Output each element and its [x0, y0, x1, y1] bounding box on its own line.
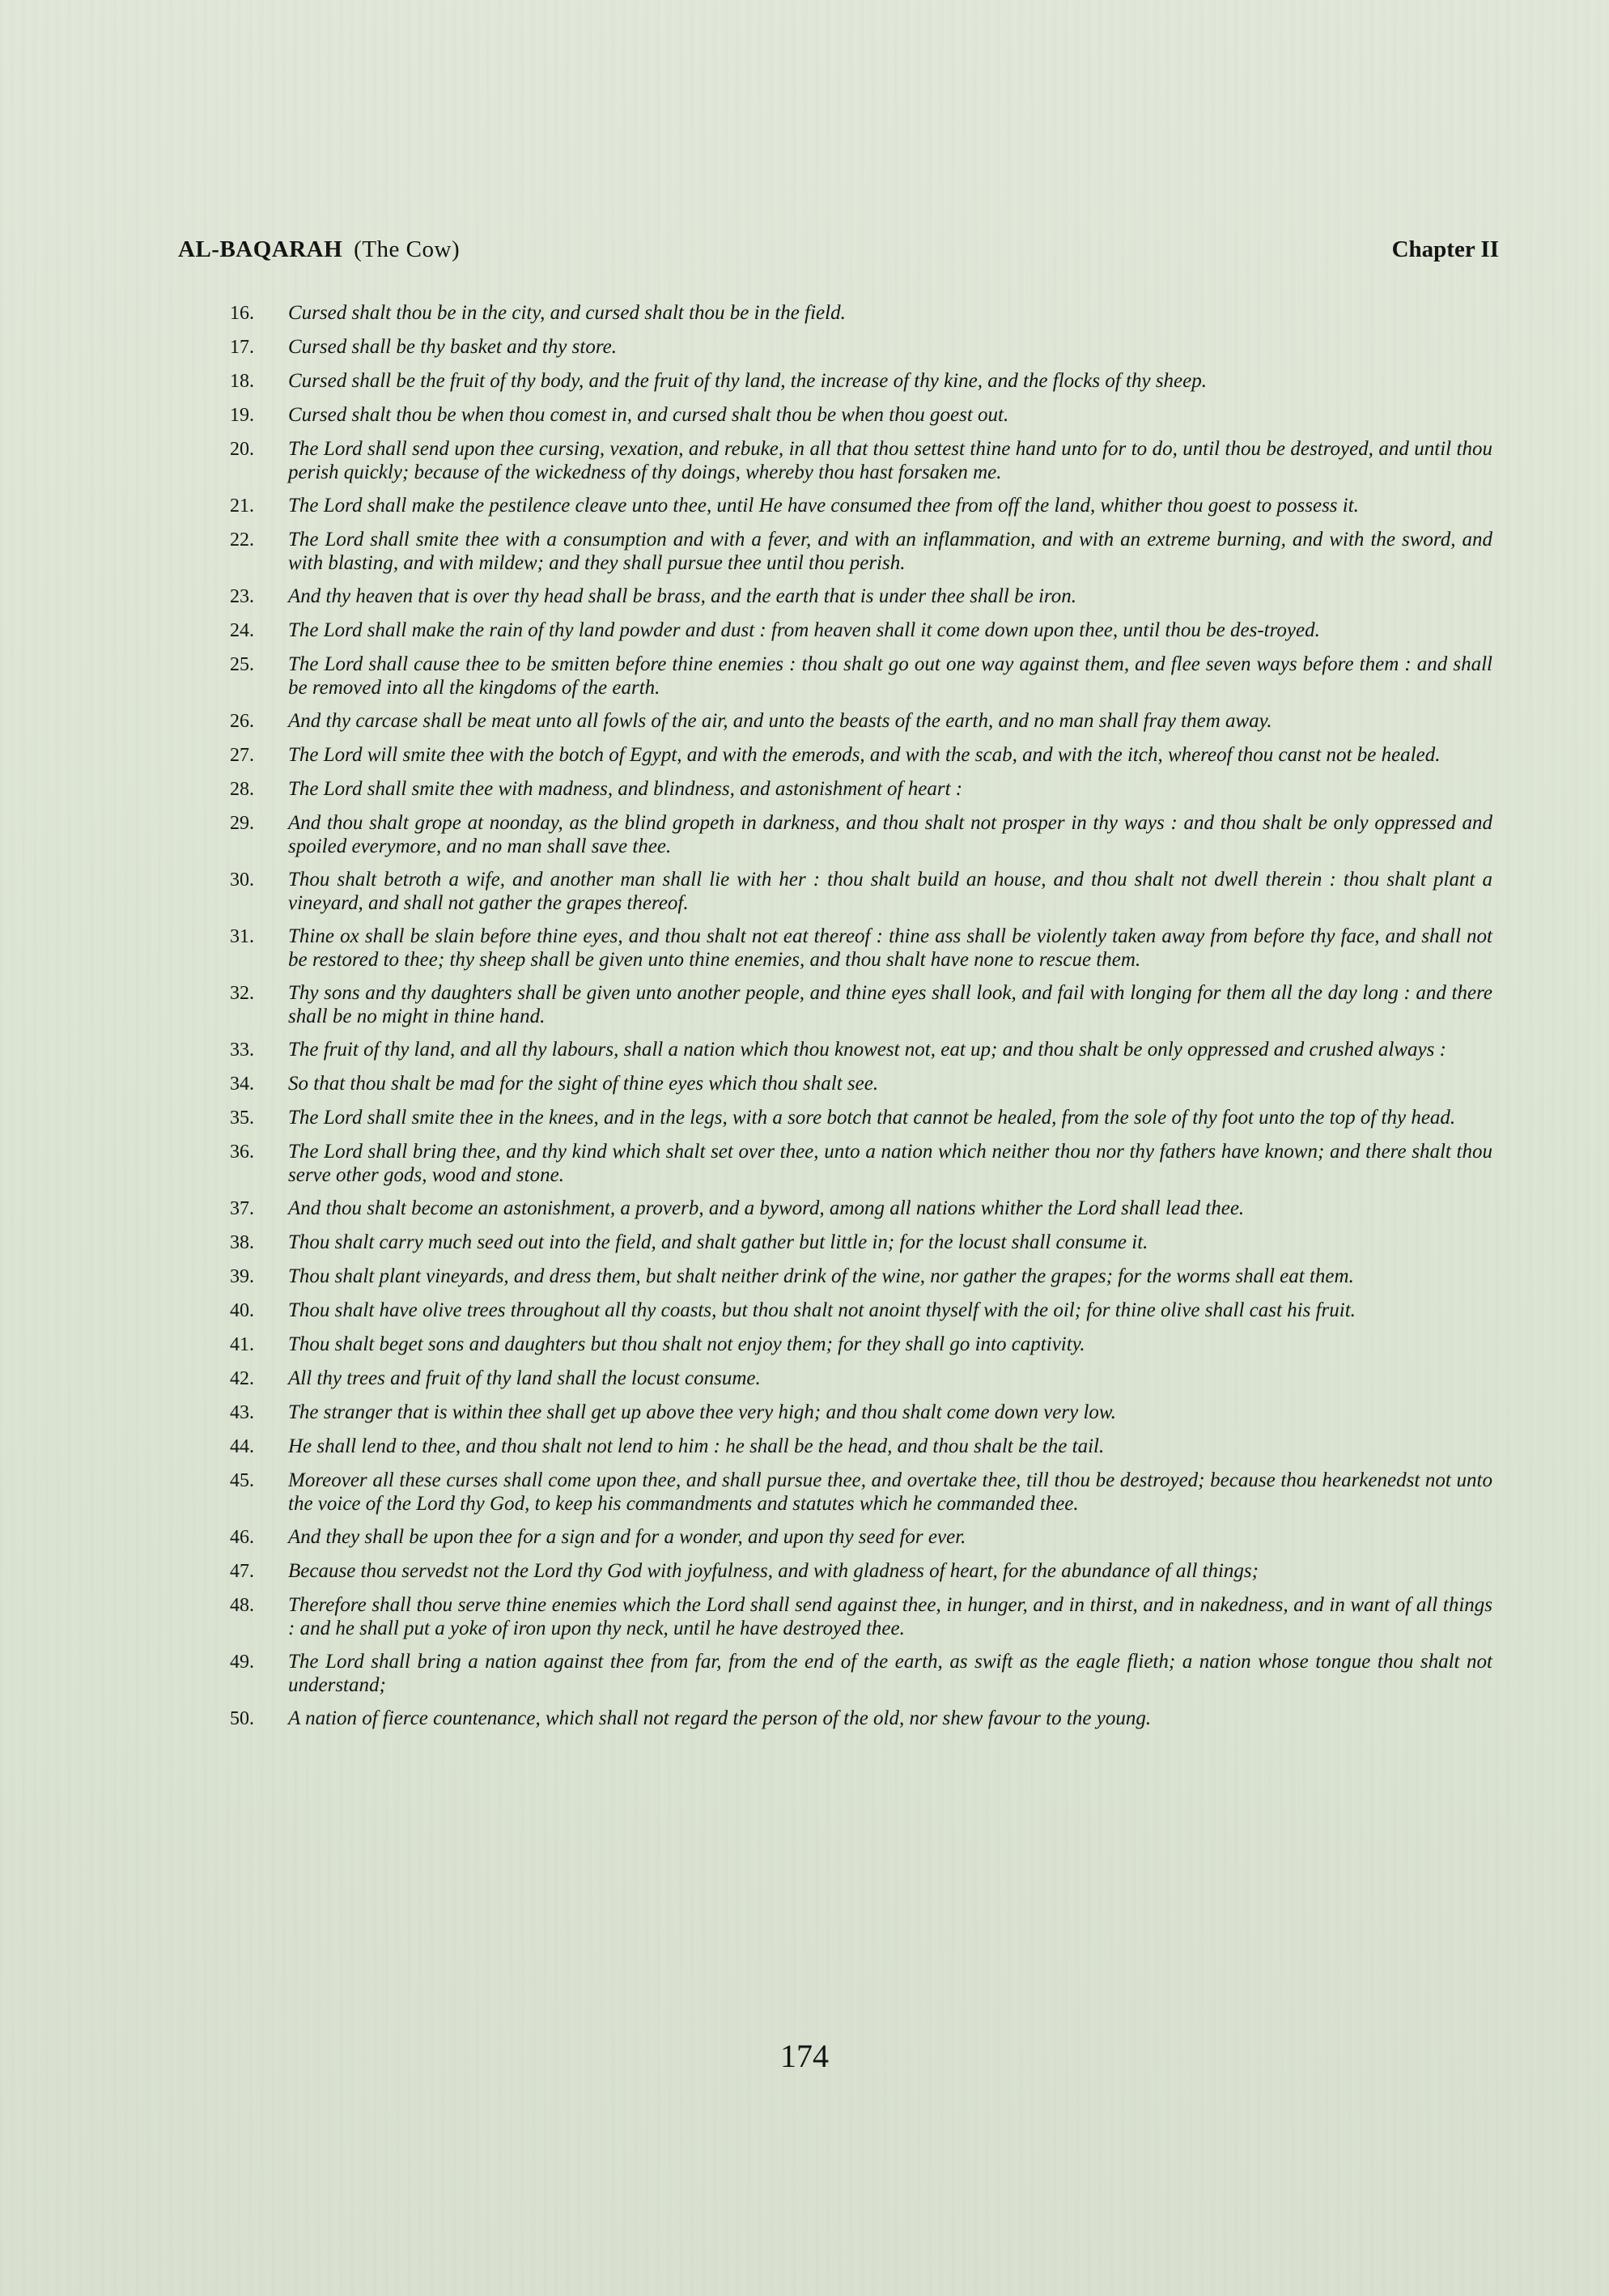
verse-text: Cursed shall be the fruit of thy body, a…	[288, 369, 1492, 393]
verse-text: And they shall be upon thee for a sign a…	[288, 1525, 1492, 1549]
verse-number: 21.	[230, 494, 288, 518]
verse-item: 31.Thine ox shall be slain before thine …	[230, 925, 1492, 972]
verse-number: 48.	[230, 1593, 288, 1618]
verse-text: And thou shalt grope at noonday, as the …	[288, 811, 1492, 858]
verse-item: 27.The Lord will smite thee with the bot…	[230, 743, 1492, 767]
verse-item: 29.And thou shalt grope at noonday, as t…	[230, 811, 1492, 858]
verse-item: 34.So that thou shalt be mad for the sig…	[230, 1072, 1492, 1096]
verse-item: 21.The Lord shall make the pestilence cl…	[230, 494, 1492, 518]
verse-number: 22.	[230, 528, 288, 552]
verse-text: The Lord shall cause thee to be smitten …	[288, 653, 1492, 699]
verse-number: 17.	[230, 335, 288, 359]
verse-item: 18.Cursed shall be the fruit of thy body…	[230, 369, 1492, 393]
verse-text: Thine ox shall be slain before thine eye…	[288, 925, 1492, 972]
verse-text: Thou shalt beget sons and daughters but …	[288, 1333, 1492, 1356]
verse-number: 20.	[230, 437, 288, 461]
verse-number: 47.	[230, 1559, 288, 1584]
verse-text: And thy carcase shall be meat unto all f…	[288, 709, 1492, 733]
verse-item: 47.Because thou servedst not the Lord th…	[230, 1559, 1492, 1584]
verse-item: 50.A nation of fierce countenance, which…	[230, 1707, 1492, 1731]
verse-text: The Lord shall make the rain of thy land…	[288, 619, 1492, 642]
verse-number: 39.	[230, 1265, 288, 1289]
verse-item: 16.Cursed shalt thou be in the city, and…	[230, 301, 1492, 325]
verse-item: 24.The Lord shall make the rain of thy l…	[230, 619, 1492, 643]
verse-item: 48.Therefore shall thou serve thine enem…	[230, 1593, 1492, 1640]
verse-item: 37.And thou shalt become an astonishment…	[230, 1197, 1492, 1221]
verse-number: 26.	[230, 709, 288, 733]
verse-number: 41.	[230, 1333, 288, 1357]
verse-item: 30.Thou shalt betroth a wife, and anothe…	[230, 868, 1492, 915]
verse-number: 31.	[230, 925, 288, 949]
surah-title: AL-BAQARAH(The Cow)	[178, 236, 460, 263]
verse-text: The stranger that is within thee shall g…	[288, 1401, 1492, 1424]
verse-number: 18.	[230, 369, 288, 393]
surah-translation: (The Cow)	[354, 236, 460, 262]
verse-number: 25.	[230, 653, 288, 677]
verse-text: And thy heaven that is over thy head sha…	[288, 585, 1492, 608]
verse-text: The Lord shall smite thee with madness, …	[288, 777, 1492, 801]
chapter-label: Chapter II	[1392, 236, 1499, 263]
verse-number: 42.	[230, 1367, 288, 1391]
verse-item: 35.The Lord shall smite thee in the knee…	[230, 1106, 1492, 1130]
running-head: AL-BAQARAH(The Cow) Chapter II	[178, 236, 1499, 263]
verse-text: Cursed shall be thy basket and thy store…	[288, 335, 1492, 359]
verse-item: 22.The Lord shall smite thee with a cons…	[230, 528, 1492, 575]
verse-text: Cursed shalt thou be in the city, and cu…	[288, 301, 1492, 325]
verse-number: 27.	[230, 743, 288, 767]
verse-text: So that thou shalt be mad for the sight …	[288, 1072, 1492, 1095]
book-page: AL-BAQARAH(The Cow) Chapter II 16.Cursed…	[0, 0, 1609, 2296]
verse-number: 44.	[230, 1435, 288, 1459]
verse-text: The Lord shall smite thee with a consump…	[288, 528, 1492, 575]
verse-item: 26.And thy carcase shall be meat unto al…	[230, 709, 1492, 733]
verse-number: 16.	[230, 301, 288, 325]
verse-number: 36.	[230, 1140, 288, 1164]
verse-item: 36.The Lord shall bring thee, and thy ki…	[230, 1140, 1492, 1187]
verse-item: 43.The stranger that is within thee shal…	[230, 1401, 1492, 1425]
verse-text: Thou shalt plant vineyards, and dress th…	[288, 1265, 1492, 1288]
verse-number: 35.	[230, 1106, 288, 1130]
verse-number: 45.	[230, 1469, 288, 1493]
verse-number: 49.	[230, 1650, 288, 1674]
verse-number: 37.	[230, 1197, 288, 1221]
verse-number: 29.	[230, 811, 288, 835]
verse-text: The Lord shall bring thee, and thy kind …	[288, 1140, 1492, 1187]
verse-number: 32.	[230, 981, 288, 1006]
verse-number: 40.	[230, 1299, 288, 1323]
verse-item: 19.Cursed shalt thou be when thou comest…	[230, 403, 1492, 427]
verse-text: Moreover all these curses shall come upo…	[288, 1469, 1492, 1516]
verse-number: 46.	[230, 1525, 288, 1550]
verse-number: 19.	[230, 403, 288, 427]
verse-item: 46.And they shall be upon thee for a sig…	[230, 1525, 1492, 1550]
verse-item: 39.Thou shalt plant vineyards, and dress…	[230, 1265, 1492, 1289]
verse-item: 40.Thou shalt have olive trees throughou…	[230, 1299, 1492, 1323]
verse-text: Thou shalt carry much seed out into the …	[288, 1231, 1492, 1254]
verse-text: The Lord shall make the pestilence cleav…	[288, 494, 1492, 517]
verse-number: 23.	[230, 585, 288, 609]
verse-item: 28.The Lord shall smite thee with madnes…	[230, 777, 1492, 801]
verse-item: 49.The Lord shall bring a nation against…	[230, 1650, 1492, 1697]
verse-text: The Lord shall send upon thee cursing, v…	[288, 437, 1492, 484]
verse-number: 43.	[230, 1401, 288, 1425]
verse-text: All thy trees and fruit of thy land shal…	[288, 1367, 1492, 1390]
surah-name: AL-BAQARAH	[178, 236, 342, 262]
verse-number: 38.	[230, 1231, 288, 1255]
verse-item: 33.The fruit of thy land, and all thy la…	[230, 1038, 1492, 1062]
verse-text: Cursed shalt thou be when thou comest in…	[288, 403, 1492, 427]
verse-text: Because thou servedst not the Lord thy G…	[288, 1559, 1492, 1583]
verse-text: He shall lend to thee, and thou shalt no…	[288, 1435, 1492, 1458]
verse-item: 32.Thy sons and thy daughters shall be g…	[230, 981, 1492, 1028]
verse-item: 42.All thy trees and fruit of thy land s…	[230, 1367, 1492, 1391]
verse-item: 17.Cursed shall be thy basket and thy st…	[230, 335, 1492, 359]
verse-item: 38.Thou shalt carry much seed out into t…	[230, 1231, 1492, 1255]
verse-item: 44.He shall lend to thee, and thou shalt…	[230, 1435, 1492, 1459]
verse-number: 30.	[230, 868, 288, 892]
verse-number: 24.	[230, 619, 288, 643]
verse-item: 45.Moreover all these curses shall come …	[230, 1469, 1492, 1516]
verse-text: The Lord shall bring a nation against th…	[288, 1650, 1492, 1697]
verse-item: 25.The Lord shall cause thee to be smitt…	[230, 653, 1492, 699]
verse-text: And thou shalt become an astonishment, a…	[288, 1197, 1492, 1220]
verse-list: 16.Cursed shalt thou be in the city, and…	[230, 301, 1492, 1741]
page-number: 174	[0, 2037, 1609, 2075]
verse-text: Thou shalt betroth a wife, and another m…	[288, 868, 1492, 915]
verse-text: The Lord will smite thee with the botch …	[288, 743, 1492, 767]
verse-text: Thy sons and thy daughters shall be give…	[288, 981, 1492, 1028]
verse-number: 28.	[230, 777, 288, 801]
verse-text: A nation of fierce countenance, which sh…	[288, 1707, 1492, 1730]
verse-text: The Lord shall smite thee in the knees, …	[288, 1106, 1492, 1129]
verse-text: Thou shalt have olive trees throughout a…	[288, 1299, 1492, 1322]
verse-text: Therefore shall thou serve thine enemies…	[288, 1593, 1492, 1640]
verse-item: 20.The Lord shall send upon thee cursing…	[230, 437, 1492, 484]
verse-item: 23.And thy heaven that is over thy head …	[230, 585, 1492, 609]
verse-number: 34.	[230, 1072, 288, 1096]
verse-text: The fruit of thy land, and all thy labou…	[288, 1038, 1492, 1061]
verse-number: 50.	[230, 1707, 288, 1731]
verse-item: 41.Thou shalt beget sons and daughters b…	[230, 1333, 1492, 1357]
verse-number: 33.	[230, 1038, 288, 1062]
